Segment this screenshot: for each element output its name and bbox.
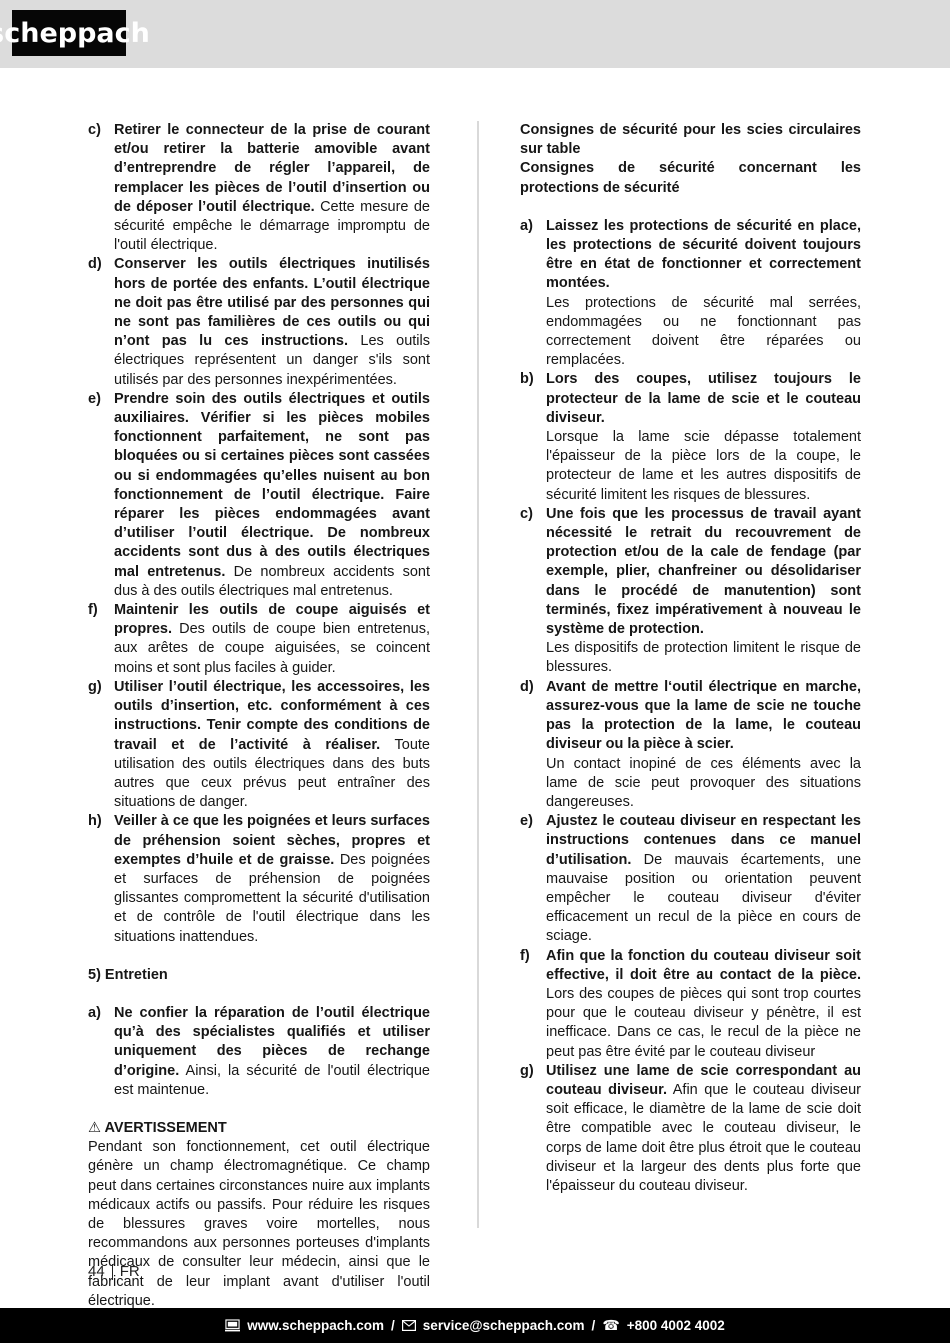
item-normal-text: Lorsque la lame scie dépasse totalement … (546, 428, 861, 505)
safety-item-d: d) Avant de mettre l‘outil électrique en… (520, 678, 861, 812)
page-number-value: 44 (88, 1263, 105, 1280)
safety-item-e: e) Ajustez le couteau diviseur en respec… (520, 812, 861, 946)
item-bold-text: Afin que la fonction du couteau diviseur… (546, 948, 861, 983)
section-heading-entretien: 5) Entretien (88, 966, 430, 985)
safety-item-h: h) Veiller à ce que les poignées et leur… (88, 812, 430, 946)
computer-icon (225, 1319, 240, 1332)
item-normal-text: Un contact inopiné de ces éléments avec … (546, 755, 861, 813)
right-column-headings: Consignes de sécurité pour les scies cir… (520, 121, 861, 198)
page-language: FR (120, 1263, 140, 1280)
item-text: Ajustez le couteau diviseur en respectan… (546, 812, 861, 946)
item-bold-text: Laissez les protections de sécurité en p… (546, 218, 861, 292)
safety-item-g: g) Utiliser l’outil électrique, les acce… (88, 678, 430, 812)
page-number: 44 FR (88, 1263, 140, 1280)
column-divider (477, 121, 479, 1228)
phone-icon: ☎ (602, 1318, 619, 1334)
item-text: Maintenir les outils de coupe aiguisés e… (114, 601, 430, 678)
item-text: Retirer le connecteur de la prise de cou… (114, 121, 430, 255)
item-text: Veiller à ce que les poignées et leurs s… (114, 812, 430, 946)
safety-item-d: d) Conserver les outils électriques inut… (88, 255, 430, 389)
item-text: Avant de mettre l‘outil électrique en ma… (546, 678, 861, 812)
item-bold-text: Prendre soin des outils électriques et o… (114, 391, 430, 580)
footer-phone: +800 4002 4002 (627, 1318, 725, 1333)
safety-item-g: g) Utilisez une lame de scie corresponda… (520, 1062, 861, 1196)
heading-protections: Consignes de sécurité concernant les pro… (520, 159, 861, 197)
item-label: c) (88, 121, 101, 140)
item-bold-text: Une fois que les processus de travail ay… (546, 506, 861, 637)
item-bold-text: Lors des coupes, utilisez toujours le pr… (546, 371, 861, 425)
item-text: Une fois que les processus de travail ay… (546, 505, 861, 678)
item-bold-text: Avant de mettre l‘outil électrique en ma… (546, 679, 861, 753)
footer-email: service@scheppach.com (423, 1318, 585, 1333)
item-bold-text: Utiliser l’outil électrique, les accesso… (114, 679, 430, 753)
item-label: g) (520, 1062, 534, 1081)
safety-item-f: f) Afin que la fonction du couteau divis… (520, 947, 861, 1062)
footer-separator: / (391, 1318, 395, 1333)
item-text: Utiliser l’outil électrique, les accesso… (114, 678, 430, 812)
warning-title-text: AVERTISSEMENT (105, 1120, 227, 1136)
warning-icon: ⚠ (88, 1120, 101, 1136)
heading-table-saws: Consignes de sécurité pour les scies cir… (520, 121, 861, 159)
item-label: d) (88, 255, 102, 274)
left-column: c) Retirer le connecteur de la prise de … (88, 121, 430, 1311)
item-label: f) (520, 947, 530, 966)
scheppach-logo: scheppach (12, 10, 126, 56)
item-label: c) (520, 505, 533, 524)
warning-body: Pendant son fonctionnement, cet outil él… (88, 1138, 430, 1311)
item-text: Ne confier la réparation de l’outil élec… (114, 1004, 430, 1100)
safety-item-a: a) Laissez les protections de sécurité e… (520, 217, 861, 371)
item-text: Lors des coupes, utilisez toujours le pr… (546, 370, 861, 504)
right-column: Consignes de sécurité pour les scies cir… (520, 121, 861, 1196)
item-label: a) (520, 217, 533, 236)
safety-item-b: b) Lors des coupes, utilisez toujours le… (520, 370, 861, 504)
warning-title: ⚠ AVERTISSEMENT (88, 1119, 430, 1138)
item-label: e) (88, 390, 101, 409)
mail-icon (402, 1320, 416, 1331)
item-label: a) (88, 1004, 101, 1023)
logo-text: scheppach (0, 18, 150, 49)
item-label: d) (520, 678, 534, 697)
safety-item-c: c) Une fois que les processus de travail… (520, 505, 861, 678)
item-text: Prendre soin des outils électriques et o… (114, 390, 430, 601)
footer-bar: www.scheppach.com / service@scheppach.co… (0, 1308, 950, 1343)
item-text: Laissez les protections de sécurité en p… (546, 217, 861, 371)
item-label: e) (520, 812, 533, 831)
footer-website: www.scheppach.com (247, 1318, 384, 1333)
footer-separator: / (592, 1318, 596, 1333)
page-number-separator (112, 1264, 113, 1280)
item-label: f) (88, 601, 98, 620)
safety-item-c: c) Retirer le connecteur de la prise de … (88, 121, 430, 255)
item-label: b) (520, 370, 534, 389)
item-normal-text: Afin que le couteau diviseur soit effica… (546, 1082, 861, 1194)
warning-block: ⚠ AVERTISSEMENT Pendant son fonctionneme… (88, 1119, 430, 1311)
item-normal-text: Les protections de sécurité mal serrées,… (546, 294, 861, 371)
safety-item-e: e) Prendre soin des outils électriques e… (88, 390, 430, 601)
safety-item-f: f) Maintenir les outils de coupe aiguisé… (88, 601, 430, 678)
item-text: Afin que la fonction du couteau diviseur… (546, 947, 861, 1062)
item-text: Utilisez une lame de scie correspondant … (546, 1062, 861, 1196)
maintenance-item-a: a) Ne confier la réparation de l’outil é… (88, 1004, 430, 1100)
item-normal-text: Les dispositifs de protection limitent l… (546, 639, 861, 677)
item-label: g) (88, 678, 102, 697)
item-normal-text: Lors des coupes de pièces qui sont trop … (546, 986, 861, 1060)
item-text: Conserver les outils électriques inutili… (114, 255, 430, 389)
item-label: h) (88, 812, 102, 831)
